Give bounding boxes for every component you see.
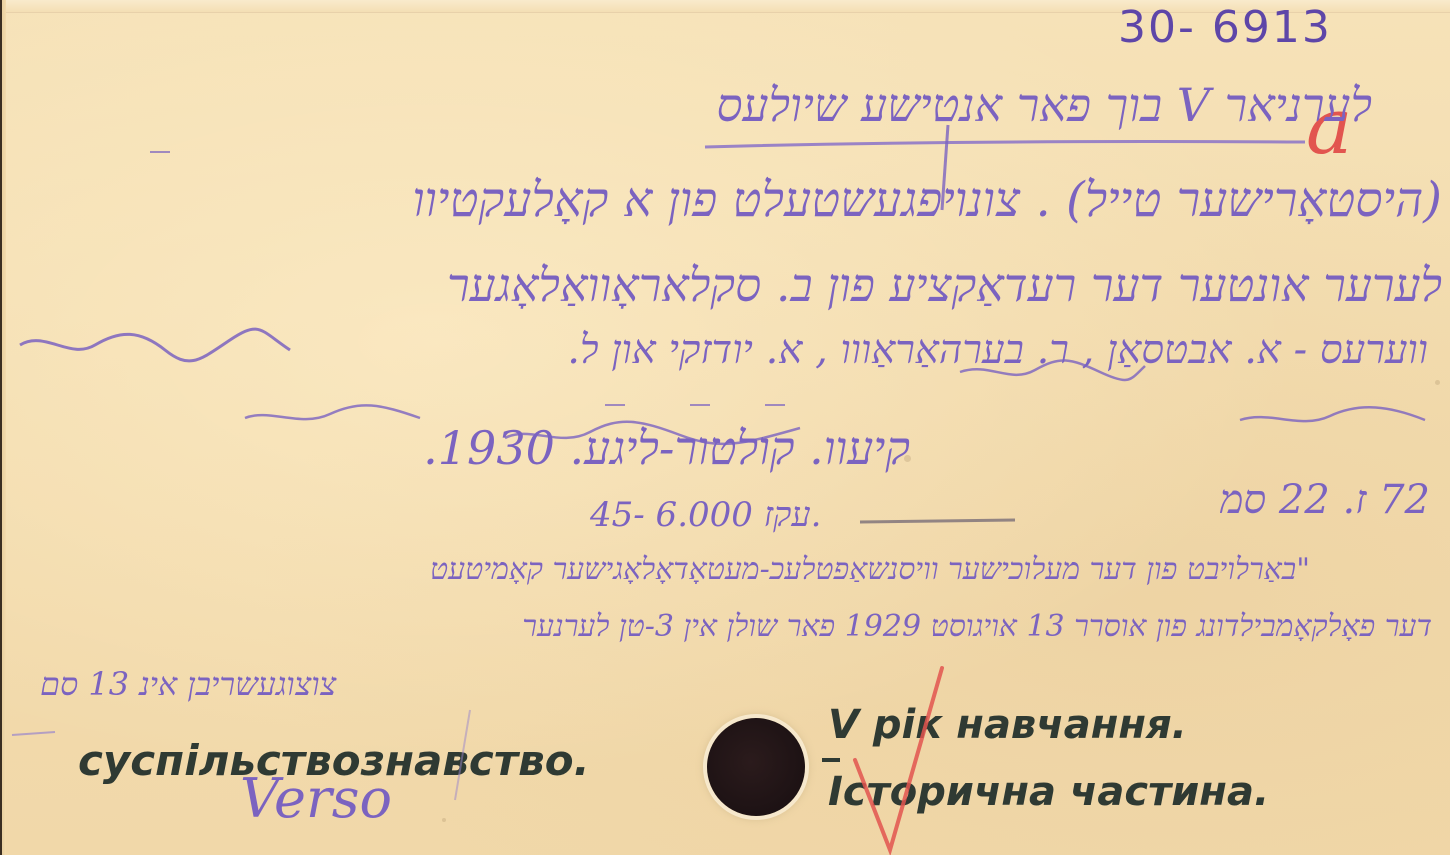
card-left-edge xyxy=(0,0,6,855)
yiddish-line-4: ווערעס - א. אבטסאַן , ר. בערהאַראַווו , … xyxy=(567,330,1428,370)
short-dash xyxy=(12,732,55,735)
paper-speck xyxy=(1435,380,1440,385)
title-underline xyxy=(705,142,1305,147)
paper-speck xyxy=(442,818,446,822)
call-number: 30- 6913 xyxy=(1118,6,1332,50)
wavy-underline-name-4 xyxy=(1240,407,1425,421)
yiddish-line-1: לערניאר V בוך פאר אנטישע שיולעס xyxy=(716,82,1372,128)
yiddish-line-7-print-run: 45- 6.000 עקז. xyxy=(590,498,821,532)
verso-label: Verso xyxy=(240,772,392,826)
yiddish-line-9: דער פאָלקאָמבילדונג פון אוסרר 13 אויגוסט… xyxy=(522,612,1432,642)
yiddish-line-6-dimensions: 72 ז. 22 סמ xyxy=(1220,480,1430,520)
hole-punch xyxy=(707,718,805,816)
yiddish-line-2: (היסטאָרישער טייל) . צונויפגעשטעלט פון א… xyxy=(412,176,1442,224)
ukrainian-history-part: Історична частина. xyxy=(828,772,1269,812)
red-checkmark-icon xyxy=(855,668,942,850)
yiddish-line-3: לערער אונטער דער רעדאַקציע פון ב. סקלארא… xyxy=(447,262,1442,308)
yiddish-line-5: קיעוו. קולטור-ליגע. 1930. xyxy=(423,425,910,471)
ukrainian-year-of-study: V рік навчання. xyxy=(828,705,1187,745)
yiddish-line-8: "באַרלויבט פון דער מעלוכישער וויסנשאַפטל… xyxy=(430,555,1310,585)
catalog-card: 30- 6913 a לערניאר V בוך פאר אנטישע שיול… xyxy=(0,0,1450,855)
yiddish-line-10: צוצוגעשריבן אינ 13 סם xyxy=(40,668,336,700)
wavy-underline-name-3 xyxy=(245,405,420,419)
print-run-strikethrough xyxy=(860,520,1015,522)
wavy-underline-author xyxy=(20,329,290,361)
